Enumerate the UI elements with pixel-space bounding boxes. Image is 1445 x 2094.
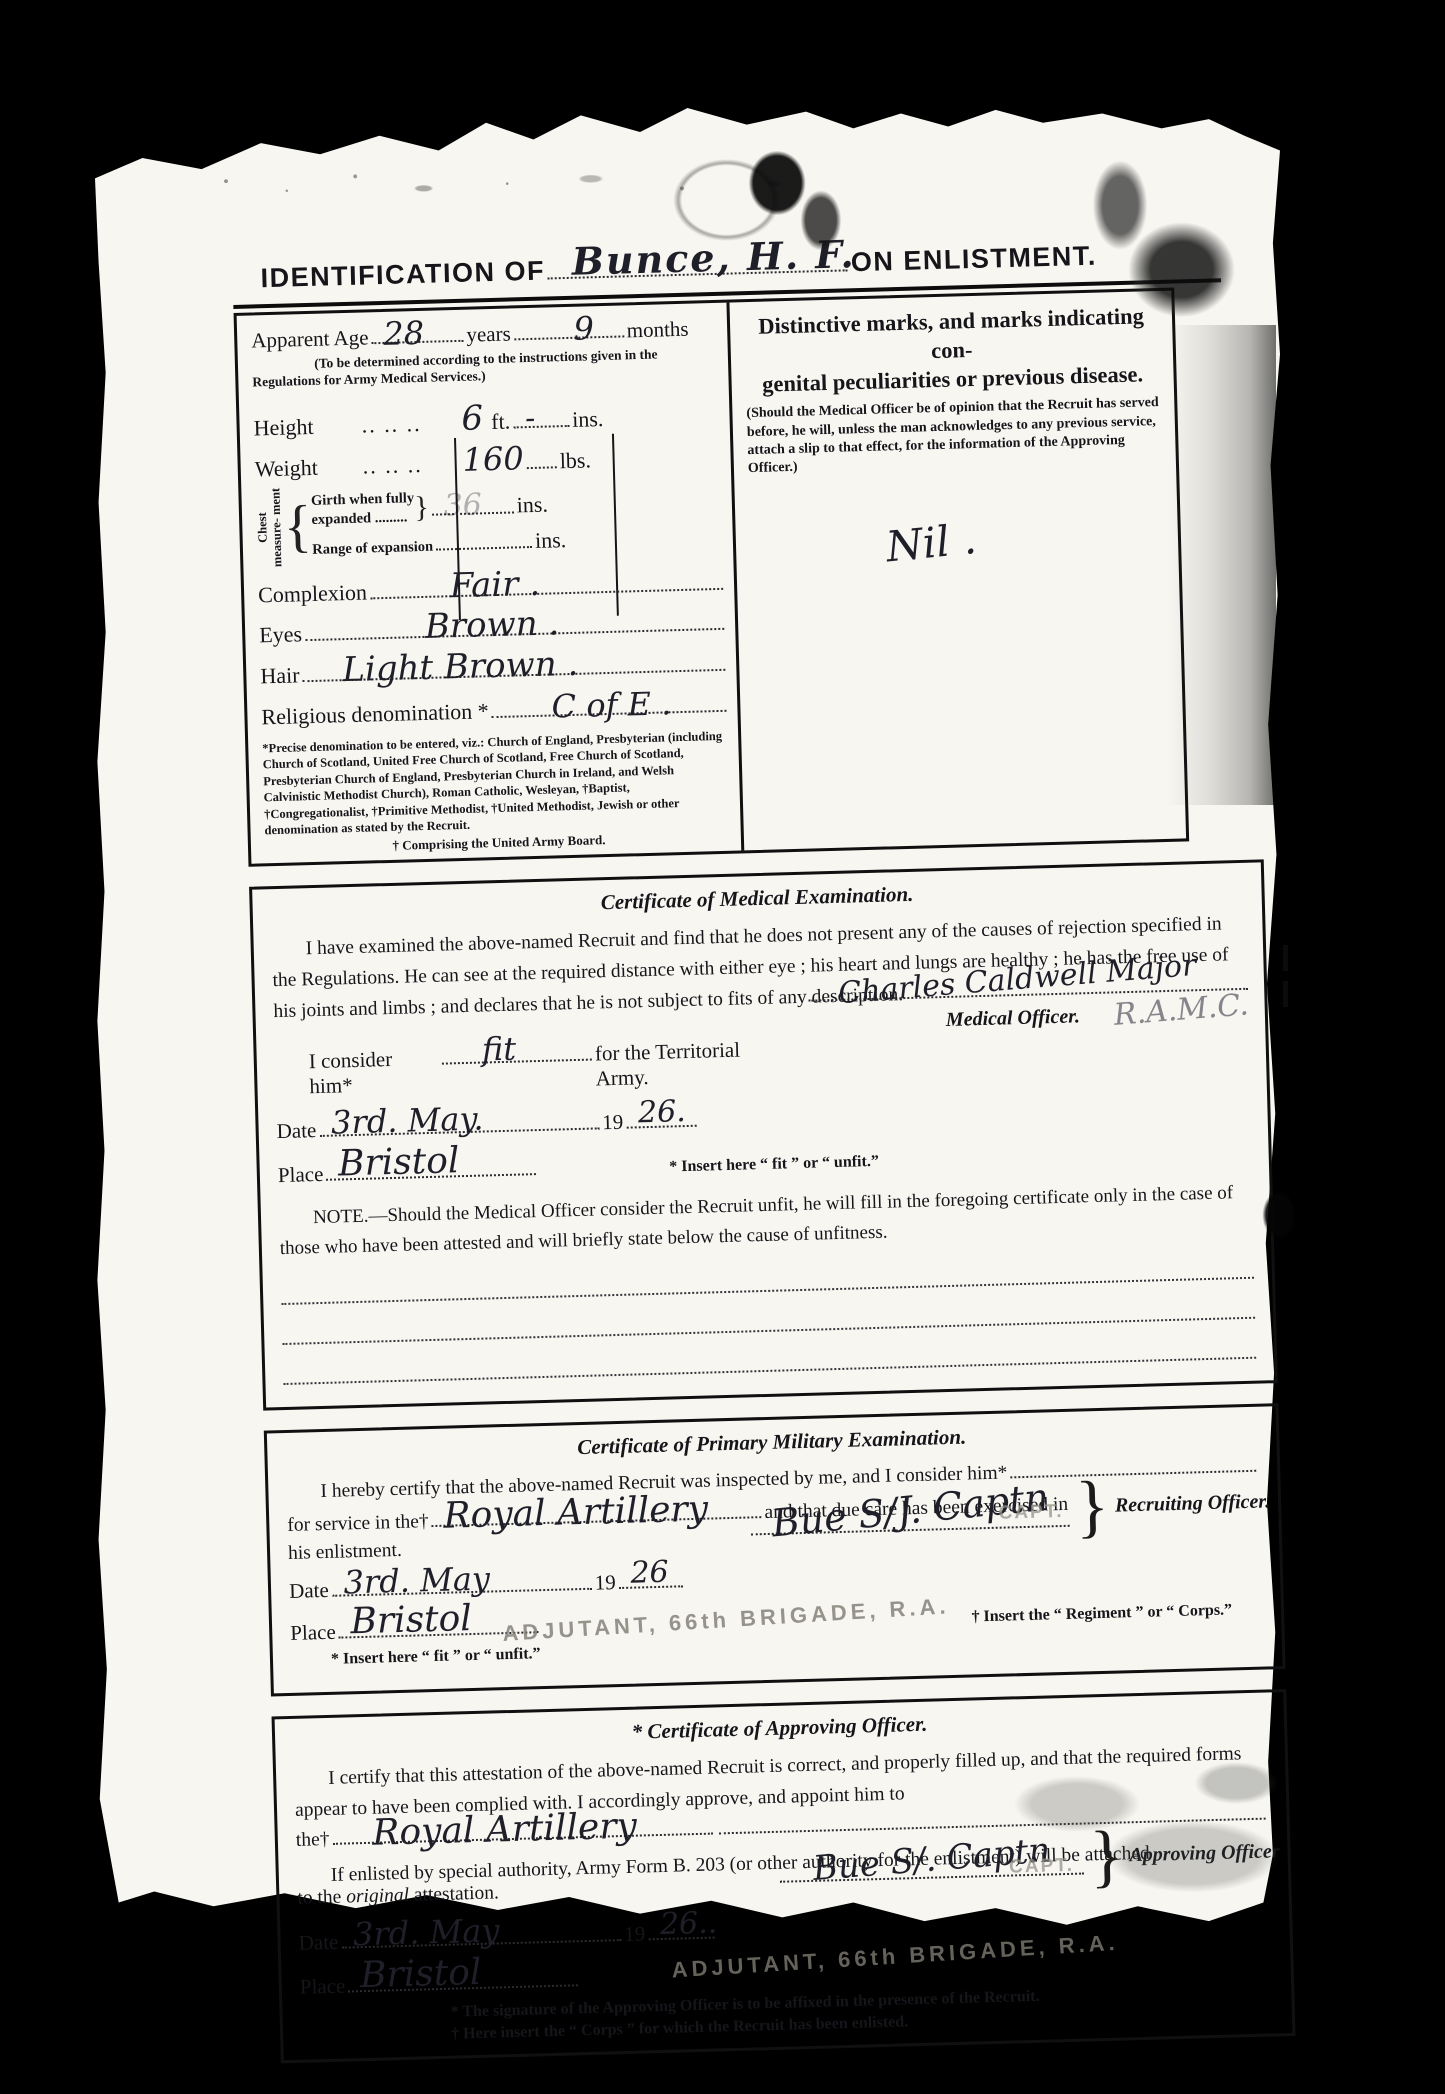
medical-date-label: Date	[276, 1118, 316, 1144]
apparent-age-label: Apparent Age	[251, 325, 369, 353]
approving-special-pre: to the	[297, 1887, 346, 1909]
primary-place-value: Bristol	[350, 1601, 472, 1640]
complexion-label: Complexion	[258, 579, 367, 608]
form-content: IDENTIFICATION OF Bunce, H. F. ON ENLIST…	[232, 229, 1269, 2063]
medical-date-line: 3rd. May.	[319, 1109, 599, 1136]
right-margin-tick-marks	[1283, 945, 1293, 1015]
weight-value: 160	[462, 442, 524, 476]
religion-value: C of E .	[551, 687, 671, 722]
medical-place-value: Bristol	[338, 1143, 460, 1182]
girth-ins-label: ins.	[516, 492, 548, 519]
consider-row: I consider him* fit for the Territorial …	[274, 1035, 795, 1100]
medical-date-value: 3rd. May.	[331, 1102, 484, 1138]
years-label: years	[466, 321, 511, 347]
primary-regiment-value: Royal Artillery	[443, 1491, 708, 1534]
hair-value: Light Brown .	[342, 647, 579, 687]
complexion-line: Fair .	[370, 569, 724, 599]
capt-ghost-stamp: CAPT.	[998, 1501, 1063, 1525]
chest-brace-open: {	[283, 500, 312, 553]
approving-place-value: Bristol	[360, 1955, 482, 1994]
expansion-line	[436, 532, 532, 550]
religion-line: C of E .	[491, 691, 726, 718]
girth-row: Girth when fully expanded ......... } 36…	[311, 481, 725, 530]
chest-word-ment: ment	[268, 487, 283, 514]
eyes-label: Eyes	[259, 622, 302, 649]
complexion-value: Fair .	[449, 566, 540, 602]
hair-line: Light Brown .	[302, 650, 725, 682]
religion-row: Religious denomination * C of E .	[261, 691, 730, 730]
primary-place-label: Place	[290, 1620, 336, 1646]
primary-date-line: 3rd. May	[331, 1570, 591, 1597]
primary-regiment-line: Royal Artillery	[431, 1499, 761, 1526]
primary-date-value: 3rd. May	[343, 1563, 490, 1599]
medical-note: NOTE.—Should the Medical Officer conside…	[279, 1178, 1253, 1265]
girth-line1: Girth when fully	[311, 491, 415, 510]
primary-regiment-note: † Insert the “ Regiment ” or “ Corps.”	[971, 1602, 1232, 1627]
weight-line	[526, 447, 557, 468]
identification-box: Apparent Age 28 years 9 months (To be de…	[234, 287, 1190, 866]
chest-measurement-group: Chest measure- ment { Girth when fully e…	[255, 475, 725, 567]
weight-dots: .. .. ..	[362, 450, 463, 479]
approving-the-label: the†	[296, 1829, 330, 1852]
medical-place-line: Bristol	[326, 1155, 536, 1181]
hair-row: Hair Light Brown .	[260, 650, 729, 689]
distinctive-heading-line2: genital peculiarities or previous diseas…	[762, 362, 1144, 397]
scanned-document-canvas: IDENTIFICATION OF Bunce, H. F. ON ENLIST…	[0, 0, 1445, 2094]
approving-corps-value: Royal Artillery	[372, 1809, 637, 1852]
primary-year-printed: 19	[594, 1571, 616, 1597]
medical-certificate-section: Certificate of Medical Examination. I ha…	[249, 859, 1278, 1410]
approving-place-line: Bristol	[348, 1967, 578, 1993]
primary-examination-section: Certificate of Primary Military Examinat…	[264, 1403, 1286, 1696]
girth-line2: expanded .........	[311, 510, 407, 529]
blank-line	[283, 1356, 1256, 1384]
title-suffix: ON ENLISTMENT.	[850, 240, 1097, 278]
blank-line	[281, 1276, 1254, 1304]
recruit-name-handwritten: Bunce, H. F.	[571, 235, 856, 281]
medical-date-row: Date 3rd. May. 19 26.	[276, 1104, 797, 1144]
girth-brace-close: }	[414, 496, 429, 520]
medical-year-printed: 19	[602, 1110, 624, 1136]
medical-signature-block: Charles Caldwell Major Medical Officer. …	[808, 958, 1250, 1035]
distinctive-marks-heading: Distinctive marks, and marks indicating …	[744, 301, 1160, 400]
medical-officer-suffix: R.A.M.C.	[1113, 990, 1250, 1031]
distinctive-marks-note: (Should the Medical Officer be of opinio…	[746, 394, 1162, 478]
months-label: months	[626, 316, 688, 343]
medical-year-line: 26.	[626, 1107, 697, 1129]
primary-date-label: Date	[289, 1578, 329, 1604]
medical-place-label: Place	[278, 1162, 324, 1188]
consider-label: I consider him*	[308, 1046, 440, 1100]
fit-value: fit	[481, 1033, 516, 1066]
fit-line: fit	[442, 1041, 592, 1065]
expansion-label: Range of expansion	[312, 538, 433, 560]
physical-description-cell: Apparent Age 28 years 9 months (To be de…	[237, 302, 745, 863]
ins-label: ins.	[572, 406, 604, 433]
medical-insert-note: * Insert here “ fit ” or “ unfit.”	[669, 1153, 879, 1177]
expansion-ins-label: ins.	[535, 527, 567, 554]
blank-line	[282, 1316, 1255, 1344]
age-months-line: 9	[513, 317, 623, 340]
approving-officer-label: Approving Officer	[1129, 1840, 1280, 1867]
approving-officer-section: * Certificate of Approving Officer. I ce…	[272, 1689, 1296, 2064]
medical-year-value: 26.	[638, 1097, 687, 1128]
title-name-line: Bunce, H. F.	[547, 239, 848, 279]
approving-special-em: original	[346, 1885, 409, 1908]
approving-special-post: attestation.	[409, 1883, 499, 1906]
girth-value: 36	[443, 490, 482, 521]
eyes-line: Brown .	[305, 609, 725, 641]
medical-place-row: Place Bristol * Insert here “ fit ” or “…	[278, 1136, 1251, 1188]
territorial-label: for the Territorial Army.	[595, 1036, 796, 1091]
religion-label: Religious denomination *	[261, 698, 489, 730]
approving-place-label: Place	[300, 1974, 346, 2000]
age-years-line: 28	[371, 321, 464, 343]
height-ft-value: 6	[461, 401, 484, 436]
approving-date-label: Date	[298, 1930, 338, 1956]
approving-date-line: 3rd. May	[341, 1922, 621, 1949]
title-prefix: IDENTIFICATION OF	[260, 255, 545, 294]
distinctive-marks-cell: Distinctive marks, and marks indicating …	[729, 290, 1186, 850]
approving-date-value: 3rd. May	[353, 1915, 500, 1951]
approving-year-line: 26..	[648, 1919, 715, 1941]
approving-date-row: Date 3rd. May 19 26..	[298, 1916, 819, 1956]
eyes-row: Eyes Brown .	[259, 609, 728, 648]
ft-label: ft.	[491, 408, 511, 435]
primary-date-row: Date 3rd. May 19 26	[289, 1565, 810, 1605]
tick-mark	[1283, 945, 1288, 971]
approving-year-printed: 19	[624, 1922, 646, 1948]
tick-mark	[1283, 981, 1288, 1007]
distinctive-marks-value: Nil .	[884, 518, 978, 569]
primary-year-value: 26	[630, 1558, 669, 1589]
primary-year-line: 26	[618, 1568, 683, 1590]
girth-line: 36	[432, 498, 514, 516]
chest-word-measure: measure-	[269, 518, 284, 567]
recruiting-officer-label: Recruiting Officer.	[1115, 1490, 1271, 1517]
lbs-label: lbs.	[559, 447, 591, 474]
chest-word-inner: measure- ment	[269, 487, 285, 567]
weight-row: Weight .. .. .. 160 lbs.	[254, 436, 723, 482]
height-label: Height	[253, 412, 362, 441]
age-years-value: 28	[383, 316, 425, 349]
medical-officer-label: Medical Officer.	[946, 1005, 1081, 1031]
expansion-row: Range of expansion ins.	[312, 523, 725, 560]
distinctive-heading-line1: Distinctive marks, and marks indicating …	[758, 303, 1144, 363]
eyes-value: Brown .	[424, 607, 559, 645]
height-ins-value: -	[525, 403, 536, 433]
height-row: Height .. .. .. 6 ft. - ins.	[253, 394, 722, 441]
recruiting-brace: }	[1075, 1476, 1110, 1536]
religion-fineprint: *Precise denomination to be entered, viz…	[262, 727, 733, 839]
primary-line2-pre: for service in the†	[287, 1511, 429, 1537]
complexion-row: Complexion Fair .	[258, 569, 727, 608]
weight-label: Weight	[254, 453, 363, 482]
capt-ghost-stamp-2: CAPT.	[1009, 1855, 1074, 1879]
approving-corps-line: Royal Artillery	[332, 1816, 712, 1845]
approving-brace: }	[1089, 1826, 1124, 1886]
height-dots: .. .. ..	[361, 409, 462, 438]
age-months-value: 9	[573, 312, 594, 345]
approving-year-value: 26..	[660, 1909, 718, 1941]
hair-label: Hair	[260, 662, 300, 689]
height-ins-line: -	[513, 406, 570, 428]
